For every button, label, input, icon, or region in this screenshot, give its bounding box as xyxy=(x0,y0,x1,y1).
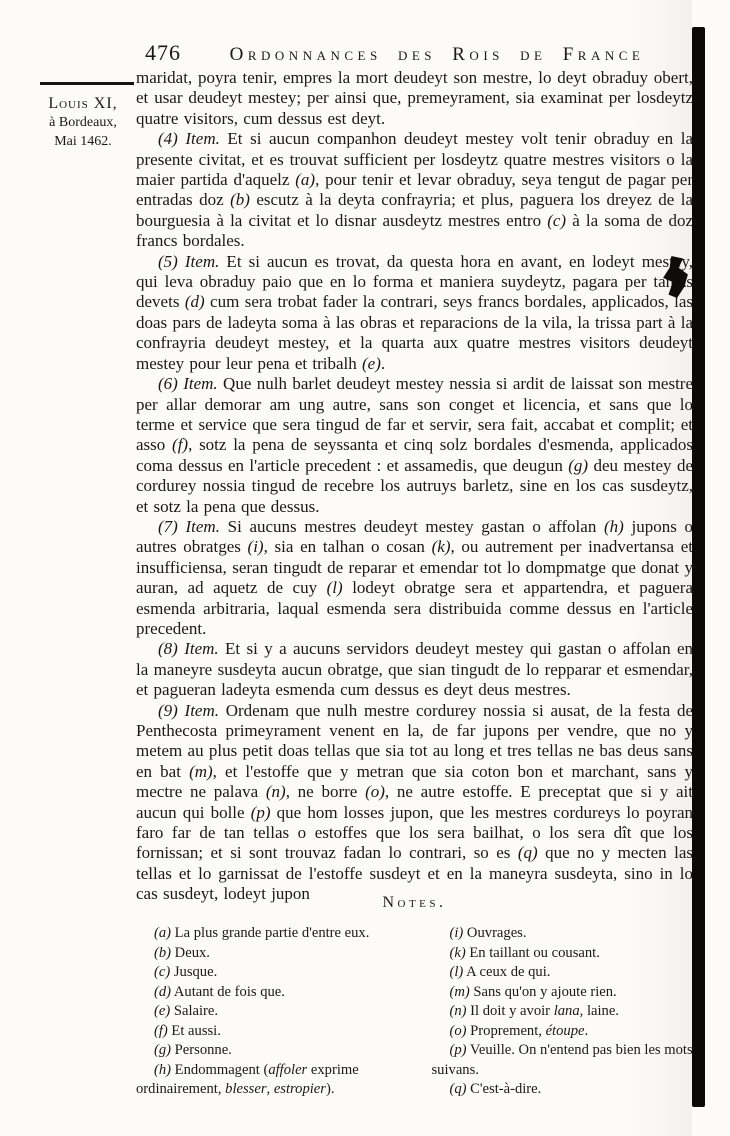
text-segment: (e) xyxy=(154,1003,170,1019)
text-segment: . xyxy=(584,1023,588,1039)
text-segment: (k) xyxy=(450,945,466,961)
margin-note: Louis XI, à Bordeaux, Mai 1462. xyxy=(28,82,138,151)
text-segment: (k) xyxy=(432,537,451,556)
body-paragraph: (7) Item. Si aucuns mestres deudeyt mest… xyxy=(136,517,693,639)
running-header: 476 Ordonnances des Rois de France xyxy=(145,40,693,66)
text-segment: (a) xyxy=(295,170,315,189)
text-segment: (8) Item. xyxy=(158,639,219,658)
text-segment: (g) xyxy=(154,1042,171,1058)
body-paragraph: (6) Item. Que nulh barlet deudeyt mestey… xyxy=(136,374,693,517)
text-segment: Si aucuns mestres deudeyt mestey gastan … xyxy=(220,517,604,536)
text-segment: (p) xyxy=(251,803,271,822)
text-segment: Autant de fois que. xyxy=(171,984,285,1000)
text-segment: C'est-à-dire. xyxy=(467,1081,542,1097)
text-segment: Jusque. xyxy=(170,964,217,980)
text-segment: Sans qu'on y ajoute rien. xyxy=(470,984,617,1000)
text-segment: (h) xyxy=(154,1062,171,1078)
body-paragraph: (5) Item. Et si aucun es trovat, da ques… xyxy=(136,252,693,374)
notes-left-column: (a) La plus grande partie d'entre eux.(b… xyxy=(136,924,398,1100)
body-paragraph: (4) Item. Et si aucun companhon deudeyt … xyxy=(136,129,693,251)
text-segment: , xyxy=(267,1081,274,1097)
text-segment: blesser xyxy=(225,1081,266,1097)
note-item: (c) Jusque. xyxy=(136,963,398,983)
note-item: (f) Et aussi. xyxy=(136,1022,398,1042)
text-segment: Personne. xyxy=(171,1042,232,1058)
text-segment: étoupe xyxy=(546,1023,585,1039)
text-segment: (e) xyxy=(362,354,381,373)
text-segment: , ne borre xyxy=(286,782,365,801)
text-segment: (q) xyxy=(518,843,538,862)
book-page-scan: 476 Ordonnances des Rois de France Louis… xyxy=(0,0,730,1136)
text-segment: Et aussi. xyxy=(168,1023,221,1039)
text-segment: (n) xyxy=(450,1003,467,1019)
note-item: (d) Autant de fois que. xyxy=(136,983,398,1003)
text-segment: Endommagent ( xyxy=(171,1062,268,1078)
text-segment: En taillant ou cousant. xyxy=(466,945,600,961)
text-segment: (l) xyxy=(450,964,464,980)
body-paragraph: (9) Item. Ordenam que nulh mestre cordur… xyxy=(136,701,693,905)
text-segment: (b) xyxy=(230,190,250,209)
text-segment: (c) xyxy=(154,964,170,980)
text-segment: (h) xyxy=(604,517,624,536)
text-segment: (o) xyxy=(450,1023,467,1039)
binding-shadow xyxy=(630,0,692,1136)
text-segment: (d) xyxy=(154,984,171,1000)
margin-note-place: à Bordeaux, xyxy=(28,113,138,132)
text-segment: (f) xyxy=(172,435,188,454)
text-segment: (q) xyxy=(450,1081,467,1097)
text-segment: . xyxy=(381,354,385,373)
text-segment: Il doit y avoir xyxy=(467,1003,554,1019)
text-segment: A ceux de qui. xyxy=(463,964,550,980)
text-segment: Deux. xyxy=(171,945,210,961)
margin-note-king: Louis XI, xyxy=(28,94,138,113)
running-title: Ordonnances des Rois de France xyxy=(181,44,693,66)
text-segment: Et si y a aucuns servidors deudeyt meste… xyxy=(136,639,693,699)
text-segment: (d) xyxy=(185,292,205,311)
text-segment: (5) Item. xyxy=(158,252,219,271)
text-segment: , laine. xyxy=(580,1003,619,1019)
text-segment: cum sera trobat fader la contrari, seys … xyxy=(136,292,693,372)
text-segment: (i) xyxy=(248,537,264,556)
text-segment: affoler xyxy=(268,1062,307,1078)
text-segment: (9) Item. xyxy=(158,701,219,720)
body-paragraph: maridat, poyra tenir, empres la mort deu… xyxy=(136,68,693,129)
text-segment: maridat, poyra tenir, empres la mort deu… xyxy=(136,68,693,128)
note-item: (e) Salaire. xyxy=(136,1002,398,1022)
margin-note-date: Mai 1462. xyxy=(28,132,138,151)
text-segment: (i) xyxy=(450,925,464,941)
text-segment: (4) Item. xyxy=(158,129,220,148)
text-segment: (o) xyxy=(365,782,385,801)
text-segment: Ouvrages. xyxy=(463,925,526,941)
binding-bar xyxy=(692,27,705,1107)
text-segment: , sia en talhan o cosan xyxy=(264,537,432,556)
margin-rule xyxy=(40,82,134,85)
text-segment: estropier xyxy=(274,1081,326,1097)
note-item: (b) Deux. xyxy=(136,944,398,964)
body-paragraph: (8) Item. Et si y a aucuns servidors deu… xyxy=(136,639,693,700)
text-segment: (n) xyxy=(266,782,286,801)
text-segment: (c) xyxy=(547,211,566,230)
text-segment: (6) Item. xyxy=(158,374,218,393)
text-segment: (7) Item. xyxy=(158,517,220,536)
text-segment: (b) xyxy=(154,945,171,961)
text-segment: lana xyxy=(554,1003,580,1019)
text-segment: (p) xyxy=(450,1042,467,1058)
note-item: (a) La plus grande partie d'entre eux. xyxy=(136,924,398,944)
page-number: 476 xyxy=(145,40,181,66)
text-segment: La plus grande partie d'entre eux. xyxy=(171,925,369,941)
text-segment: Proprement, xyxy=(467,1023,546,1039)
note-item: (g) Personne. xyxy=(136,1041,398,1061)
text-segment: ). xyxy=(326,1081,335,1097)
body-text: maridat, poyra tenir, empres la mort deu… xyxy=(136,68,693,905)
notes-section: Notes. (a) La plus grande partie d'entre… xyxy=(136,894,693,1100)
text-segment: (a) xyxy=(154,925,171,941)
text-segment: (f) xyxy=(154,1023,168,1039)
note-item: (h) Endommagent (affoler exprime ordinai… xyxy=(136,1061,398,1100)
notes-title: Notes. xyxy=(136,894,693,912)
text-segment: (m) xyxy=(189,762,213,781)
text-segment: Salaire. xyxy=(170,1003,218,1019)
text-segment: (g) xyxy=(568,456,588,475)
text-segment: (l) xyxy=(327,578,343,597)
notes-columns: (a) La plus grande partie d'entre eux.(b… xyxy=(136,924,693,1100)
text-segment: (m) xyxy=(450,984,470,1000)
